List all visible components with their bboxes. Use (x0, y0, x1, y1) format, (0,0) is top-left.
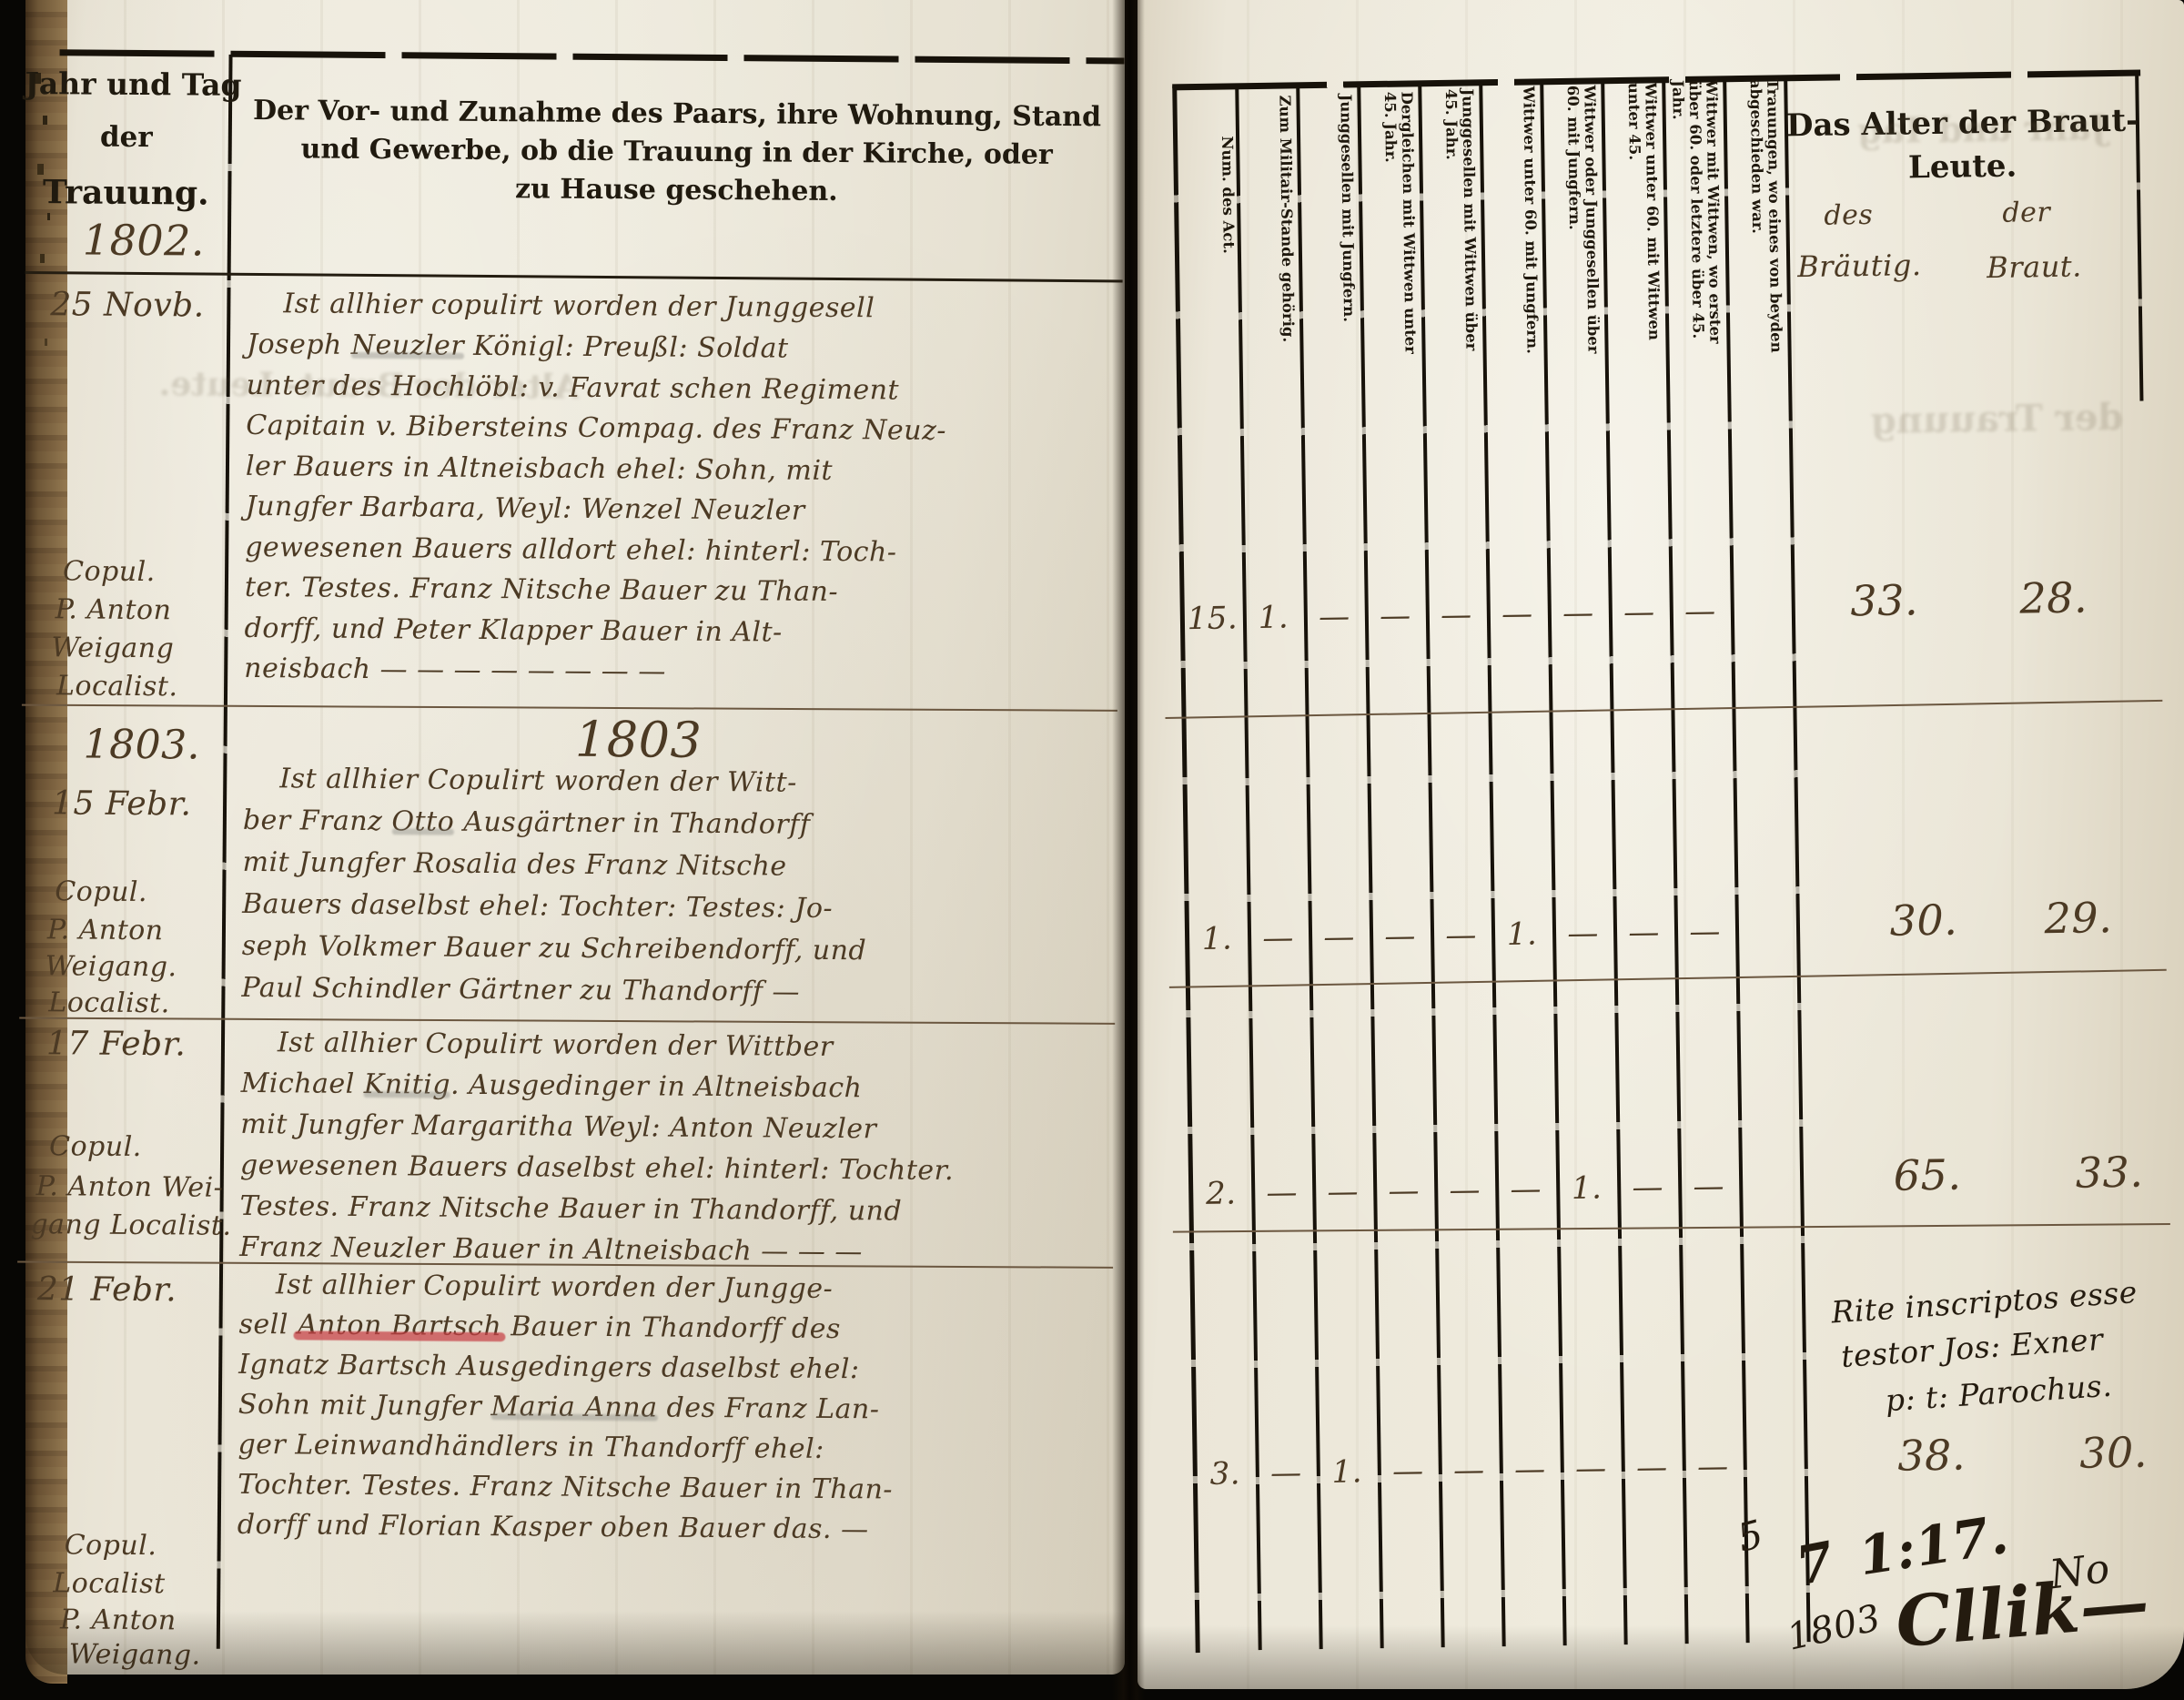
column-header: Zum Militair-Stande gehörig. (1241, 95, 1297, 382)
entry-date: 17 Febr. (46, 1025, 187, 1063)
table-row: 2.—————1.—— (1190, 1167, 1801, 1212)
margin-note: gang Localist. (30, 1209, 231, 1242)
entry-line: Capitain v. Bibersteins Compag. des Fran… (246, 410, 946, 447)
cell: — (1609, 593, 1671, 631)
cell: — (1309, 918, 1370, 956)
entry-line: ber Franz Otto Ausgärtner in Thandorff (243, 804, 811, 841)
column-header: Junggesellen mit Wittwen über 45. Jahr. (1424, 88, 1480, 376)
margin-note: Copul. (65, 1529, 157, 1562)
cell: — (1617, 1169, 1679, 1206)
ages-title-line2: Leute. (1786, 147, 2138, 188)
cell: — (1373, 1172, 1435, 1209)
certification-note-line: testor Jos: Exner (1840, 1321, 2104, 1374)
year-heading-1803: 1803 (492, 710, 784, 770)
entry-line: Tochter. Testes. Franz Nitsche Bauer in … (238, 1469, 893, 1506)
entry-line: Ignatz Bartsch Ausgedingers daselbst ehe… (238, 1349, 860, 1385)
ages-sub-bride-2: Braut. (1987, 249, 2082, 286)
book-gutter-shadow (1112, 0, 1145, 1700)
cell: — (1682, 1448, 1744, 1485)
pencil-underlined-name: Knitig (364, 1068, 450, 1101)
cell: — (1613, 914, 1675, 951)
ages-sub-groom-1: des (1824, 199, 1873, 232)
cell: — (1670, 592, 1732, 630)
cell: 1. (1187, 920, 1249, 957)
cell: — (1674, 913, 1736, 950)
showthrough-text: Jahr und Tag (1857, 106, 2108, 151)
column-header: Wittwer unter 60. mit Wittwen unter 45. (1607, 82, 1663, 369)
margin-note: P. Anton (56, 593, 172, 626)
groom-age: 33. (1802, 574, 1967, 626)
main-title-line1: Der Vor- und Zunahme des Paars, ihre Woh… (230, 95, 1124, 134)
entry-date: 15 Febr. (52, 784, 192, 823)
entry-date: 25 Novb. (50, 286, 205, 324)
cell: 1. (1556, 1169, 1618, 1207)
entry-line: Michael Knitig. Ausgedinger in Altneisba… (241, 1068, 863, 1104)
entry-separator (19, 1017, 1115, 1025)
entry-line: mit Jungfer Margaritha Weyl: Anton Neuzl… (240, 1108, 876, 1145)
margin-note: Copul. (49, 1130, 142, 1163)
entry-line: Bauers daselbst ehel: Tochter: Testes: J… (242, 888, 833, 925)
scribble: 5 (1733, 1511, 1768, 1560)
cell: — (1561, 1450, 1623, 1487)
right-page: Num. des Act. Zum Militair-Stande gehöri… (1137, 0, 2184, 1689)
cell: — (1621, 1449, 1683, 1486)
entry-line: dorff, und Peter Klapper Bauer in Alt- (244, 612, 782, 649)
cell: — (1431, 916, 1492, 954)
cell: — (1552, 915, 1614, 952)
cell: — (1678, 1168, 1740, 1205)
cell: 1. (1491, 916, 1553, 953)
entry-line: gewesenen Bauers daselbst ehel: hinterl:… (240, 1149, 954, 1187)
date-column-divider (217, 55, 233, 1649)
cell: — (1365, 597, 1427, 634)
date-col-title-3: Trauung. (24, 173, 227, 213)
cell (1735, 912, 1797, 949)
table-row: 3.—1.—————— (1195, 1447, 1805, 1493)
cell: — (1248, 919, 1309, 956)
margin-note: Weigang. (45, 950, 177, 983)
entry-line: Sohn mit Jungfer Maria Anna des Franz La… (238, 1389, 880, 1426)
column-header: Wittwer oder Junggesellen über 60. mit J… (1546, 85, 1602, 372)
groom-age: 38. (1849, 1430, 2014, 1482)
cell: — (1439, 1452, 1501, 1489)
cell: — (1256, 1454, 1318, 1492)
cell: — (1434, 1171, 1496, 1209)
main-title-line2: und Gewerbe, ob die Trauung in der Kirch… (230, 133, 1124, 172)
entry-line: Ist allhier Copulirt worden der Jungge- (276, 1269, 834, 1305)
row-separator (1169, 969, 2167, 988)
cell: — (1312, 1173, 1374, 1210)
cell (1739, 1167, 1801, 1204)
margin-note: Weigang. (69, 1638, 201, 1671)
margin-note: Localist. (56, 670, 178, 703)
entry-line: dorff und Florian Kasper oben Bauer das.… (238, 1509, 869, 1545)
cell: 3. (1195, 1455, 1257, 1493)
entry-line: Ist allhier Copulirt worden der Wittber (278, 1027, 834, 1063)
margin-note: Copul. (55, 875, 147, 908)
cell (1743, 1447, 1805, 1484)
cell: — (1378, 1452, 1440, 1490)
row-separator (1173, 1223, 2170, 1233)
scribble: 7 (1791, 1530, 1839, 1597)
cell (1731, 592, 1793, 629)
top-rule (60, 49, 1125, 64)
entry-line: Ist allhier Copulirt worden der Witt- (279, 763, 797, 798)
margin-note: P. Anton (60, 1604, 177, 1636)
date-col-title-2: der (25, 120, 228, 155)
entry-line: Jungfer Barbara, Weyl: Wenzel Neuzler (246, 491, 805, 527)
header-bottom-rule (25, 271, 1123, 282)
certification-note-line: p: t: Parochus. (1885, 1368, 2114, 1419)
entry-line: ter. Testes. Franz Nitsche Bauer zu Than… (245, 572, 838, 608)
margin-note: Copul. (63, 555, 156, 588)
groom-age: 30. (1842, 895, 2007, 946)
entry-line: seph Volkmer Bauer zu Schreibendorff, un… (242, 930, 867, 966)
showthrough-text: der Trauung (1870, 396, 2123, 442)
entry-year-label: 1803. (83, 722, 200, 769)
cell: 2. (1190, 1175, 1252, 1212)
cell: 1. (1243, 599, 1305, 636)
margin-note: Localist (53, 1567, 166, 1600)
entry-line: Joseph Neuzler Königl: Preußl: Soldat (247, 329, 789, 365)
entry-line: Testes. Franz Nitsche Bauer in Thandorff… (239, 1190, 902, 1228)
ages-sub-bride-1: der (2002, 197, 2050, 229)
table-row: 1.————1.——— (1187, 912, 1797, 957)
bride-age: 28. (1971, 572, 2136, 624)
table-row: 15.1.——————— (1182, 592, 1793, 637)
groom-age: 65. (1845, 1149, 2010, 1201)
column-header: Dergleichen mit Wittwen unter 45. Jahr. (1363, 91, 1419, 379)
entry-line: neisbach — — — — — — — — (244, 653, 666, 688)
marriage-register-scan: Alter der Braut- Leute. Jahr und Tag der… (0, 0, 2184, 1700)
cell: — (1495, 1170, 1557, 1208)
date-col-title-1: Jahr und Tag (25, 66, 228, 103)
cell: — (1548, 594, 1610, 632)
entry-line: ler Bauers in Altneisbach ehel: Sohn, mi… (246, 450, 833, 487)
red-underlined-name: Anton Bartsch (298, 1309, 502, 1342)
year-1802: 1802. (60, 215, 227, 265)
column-header: Num. des Act. (1184, 136, 1239, 423)
cell: — (1426, 596, 1488, 633)
bride-age: 33. (2027, 1147, 2184, 1199)
cell: — (1251, 1174, 1313, 1211)
left-page: Alter der Braut- Leute. Jahr und Tag der… (25, 0, 1125, 1675)
bride-age: 29. (1996, 892, 2160, 944)
column-header: Trauungen, wo eines von beyden abgeschie… (1729, 78, 1785, 366)
pencil-underlined-name: Neuzler (351, 329, 465, 362)
margin-note: Localist. (48, 987, 170, 1019)
pencil-underlined-name: Otto (391, 805, 454, 838)
entry-date: 21 Febr. (37, 1270, 177, 1309)
entry-line: ger Leinwandhändlers in Thandorff ehel: (238, 1429, 824, 1465)
cell: 15. (1182, 600, 1244, 637)
scribble: 1803 (1784, 1597, 1885, 1659)
cell: 1. (1317, 1453, 1379, 1491)
bride-age: 30. (2031, 1427, 2184, 1479)
entry-line: Paul Schindler Gärtner zu Thandorff — (241, 972, 800, 1008)
margin-note: Weigang (51, 632, 174, 664)
pencil-underlined-name: Maria Anna (490, 1391, 657, 1423)
column-header: Wittwer mit Wittwen, wo erster über 60. … (1668, 79, 1724, 367)
cell: — (1304, 598, 1366, 635)
cell: — (1487, 595, 1549, 632)
entry-line: unter des Hochlöbl: v. Favrat schen Regi… (247, 369, 900, 407)
margin-note: P. Anton Wei- (36, 1170, 224, 1204)
column-header: Junggesellen mit Jungfern. (1302, 94, 1358, 381)
main-title-line3: zu Hause geschehen. (229, 171, 1123, 210)
entry-line: mit Jungfer Rosalia des Franz Nitsche (242, 846, 786, 883)
cell: — (1370, 917, 1431, 955)
column-line (1784, 78, 1810, 1642)
entry-line: Ist allhier copulirt worden der Junggese… (283, 288, 875, 324)
margin-note: P. Anton (47, 914, 164, 946)
ages-sub-groom-2: Bräutig. (1797, 248, 1922, 284)
entry-line: sell Anton Bartsch Bauer in Thandorff de… (238, 1309, 841, 1345)
cell: — (1500, 1451, 1562, 1488)
entry-line: gewesenen Bauers alldort ehel: hinterl: … (245, 531, 896, 569)
column-header: Wittwer unter 60. mit Jungfern. (1485, 86, 1541, 373)
row-separator (1165, 700, 2162, 719)
